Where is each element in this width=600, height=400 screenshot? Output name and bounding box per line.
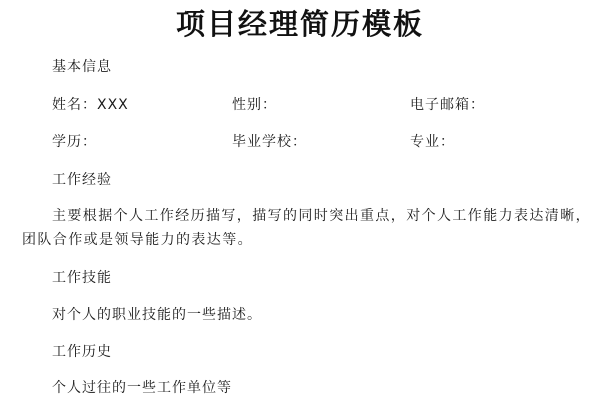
work-history-heading: 工作历史 bbox=[52, 341, 112, 361]
document-title: 项目经理简历模板 bbox=[0, 2, 600, 43]
school-field: 毕业学校： bbox=[232, 131, 307, 151]
name-field: 姓名：XXX bbox=[52, 94, 129, 114]
major-field: 专业： bbox=[410, 131, 455, 151]
education-field: 学历： bbox=[52, 131, 97, 151]
email-field: 电子邮箱： bbox=[410, 94, 485, 114]
work-skills-text: 对个人的职业技能的一些描述。 bbox=[52, 304, 262, 324]
basic-info-heading: 基本信息 bbox=[52, 56, 112, 76]
work-skills-heading: 工作技能 bbox=[52, 267, 112, 287]
gender-field: 性别： bbox=[232, 94, 277, 114]
work-experience-heading: 工作经验 bbox=[52, 169, 112, 189]
work-experience-text: 主要根据个人工作经历描写，描写的同时突出重点，对个人工作能力表达清晰，团队合作或… bbox=[22, 204, 592, 252]
work-history-text: 个人过往的一些工作单位等 bbox=[52, 377, 232, 397]
